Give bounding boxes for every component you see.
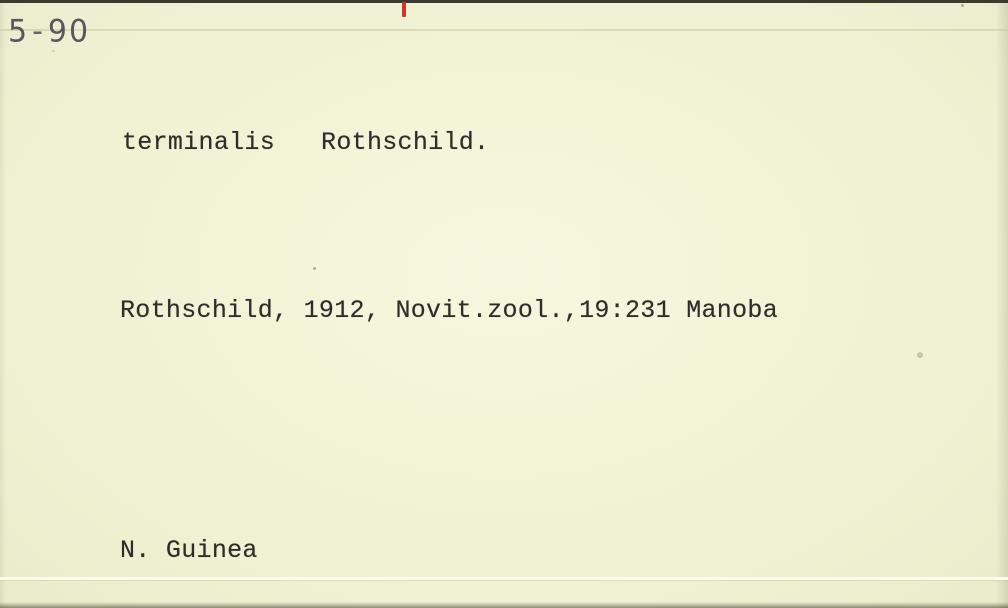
- catalog-number-separator: -: [32, 13, 45, 50]
- paper-speck: [313, 267, 316, 270]
- reference-line: Rothschild, 1912, Novit.zool.,19:231 Man…: [120, 296, 778, 325]
- ruled-line-top: [0, 29, 1008, 31]
- taxon-author: Rothschild.: [321, 128, 489, 157]
- catalog-number: 5-90: [8, 13, 90, 50]
- paper-speck: [917, 352, 923, 358]
- paper-speck: [52, 50, 55, 52]
- paper-speck: [961, 4, 964, 7]
- ruled-line-bottom: [0, 577, 1008, 580]
- index-card: 5-90 terminalisRothschild. Rothschild, 1…: [0, 0, 1008, 608]
- card-top-edge: [0, 0, 1008, 3]
- card-bottom-edge: [0, 602, 1008, 608]
- taxon-name: terminalis: [122, 128, 275, 157]
- locality-line: N. Guinea: [120, 536, 258, 565]
- catalog-number-prefix: 5: [8, 13, 29, 50]
- red-tab-mark: [402, 2, 406, 17]
- taxon-line: terminalisRothschild.: [122, 128, 489, 157]
- catalog-number-suffix: 90: [48, 13, 90, 50]
